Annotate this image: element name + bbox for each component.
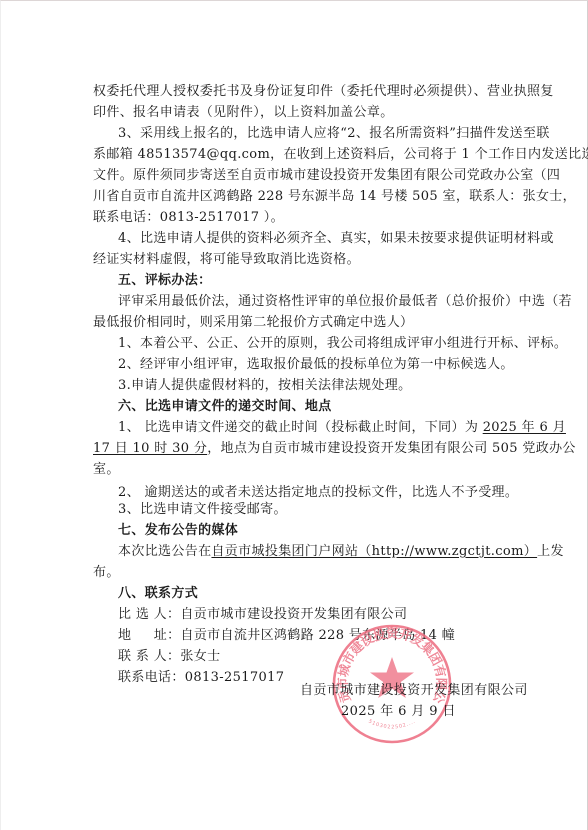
- contact-address: 地 址：自贡市自流井区鸿鹤路 228 号东源半岛 14 幢: [118, 628, 455, 644]
- contact-label: 联系电话：: [118, 670, 185, 685]
- media-text: 本次比选公告在: [118, 544, 211, 559]
- signature-company: 自贡市城市建设投资开发集团有限公司: [300, 683, 528, 699]
- contact-label: 联 系 人：: [118, 649, 180, 664]
- contact-value: 0813-2517017: [185, 670, 285, 685]
- media-text-end: 上发: [537, 544, 564, 559]
- email-line: 系邮箱 48513574@qq.com，在收到上述资料后，公司将于 1 个工作日…: [93, 147, 588, 163]
- text-line: 最低报价相同时，则采用第二轮报价方式确定中选人）: [93, 315, 413, 331]
- contact-label: 比 选 人：: [118, 607, 180, 622]
- text-line: 室。: [93, 462, 120, 478]
- text-line: 川省自贡市自流井区鸿鹤路 228 号东源半岛 14 号楼 505 室，联系人：张…: [93, 189, 576, 205]
- section-heading-evaluation: 五、评标办法：: [118, 273, 211, 289]
- deadline-time: 17 日 10 时 30 分: [93, 441, 207, 456]
- text-line: 2、 逾期送达的或者未送达指定地点的投标文件，比选人不予受理。: [118, 485, 518, 501]
- website-link[interactable]: 自贡市城投集团门户网站（http://www.zgctjt.com）: [211, 544, 537, 559]
- text-line: 布。: [93, 565, 120, 581]
- contact-value: 自贡市城市建设投资开发集团有限公司: [180, 607, 407, 622]
- text-line: 3、比选申请文件接受邮寄。: [118, 502, 287, 518]
- text-line: 评审采用最低价法，通过资格性评审的单位报价最低者（总价报价）中选（若: [118, 294, 572, 310]
- text-line: 文件。原件须同步寄送至自贡市城市建设投资开发集团有限公司党政办公室（四: [93, 168, 560, 184]
- text-line: 经证实材料虚假，将可能导致取消比选资格。: [93, 252, 360, 268]
- section-heading-media: 七、发布公告的媒体: [118, 523, 238, 539]
- document-page: 权委托代理人授权委托书及身份证复印件（委托代理时必须提供）、营业执照复 印件、报…: [0, 0, 588, 830]
- text-line: 1、 比选申请文件递交的截止时间（投标截止时间，下同）为 2025 年 6 月: [118, 420, 566, 436]
- text-line: 3.申请人提供虚假材料的，按相关法律法规处理。: [118, 378, 411, 394]
- section-heading-contact: 八、联系方式: [118, 586, 198, 602]
- contact-value: 自贡市自流井区鸿鹤路 228 号东源半岛 14 幢: [180, 628, 455, 643]
- text-line: 权委托代理人授权委托书及身份证复印件（委托代理时必须提供）、营业执照复: [93, 84, 554, 100]
- contact-phone: 联系电话：0813-2517017: [118, 670, 284, 686]
- contact-label: 地 址：: [118, 628, 180, 643]
- text-line: 2、经评审小组评审，选取报价最低的投标单位为第一中标候选人。: [118, 357, 514, 373]
- deadline-date: 2025 年 6 月: [483, 420, 566, 435]
- text-line: 本次比选公告在自贡市城投集团门户网站（http://www.zgctjt.com…: [118, 544, 564, 560]
- text-line: 17 日 10 时 30 分，地点为自贡市城市建设投资开发集团有限公司 505 …: [93, 441, 576, 457]
- deadline-text: 1、 比选申请文件递交的截止时间（投标截止时间，下同）为: [118, 420, 483, 435]
- location-text: ，地点为自贡市城市建设投资开发集团有限公司 505 党政办公: [207, 441, 576, 456]
- contact-bidder: 比 选 人：自贡市城市建设投资开发集团有限公司: [118, 607, 407, 623]
- section-heading-submission: 六、比选申请文件的递交时间、地点: [118, 399, 332, 415]
- text-line: 印件、报名申请表（见附件），以上资料加盖公章。: [93, 105, 394, 121]
- text-line: 3、采用线上报名的，比选申请人应将“2、报名所需资料”扫描件发送至联: [118, 126, 550, 142]
- signature-date: 2025 年 6 月 9 日: [341, 704, 456, 720]
- text-line: 4、比选申请人提供的资料必须齐全、真实，如果未按要求提供证明材料或: [118, 231, 554, 247]
- svg-text:5103022502....: 5103022502....: [367, 719, 416, 731]
- text-line: 1、本着公平、公正、公开的原则，我公司将组成评审小组进行开标、评标。: [118, 336, 567, 352]
- contact-person: 联 系 人：张女士: [118, 649, 220, 665]
- text-line: 联系电话：0813-2517017 ）。: [93, 210, 284, 226]
- contact-value: 张女士: [180, 649, 220, 664]
